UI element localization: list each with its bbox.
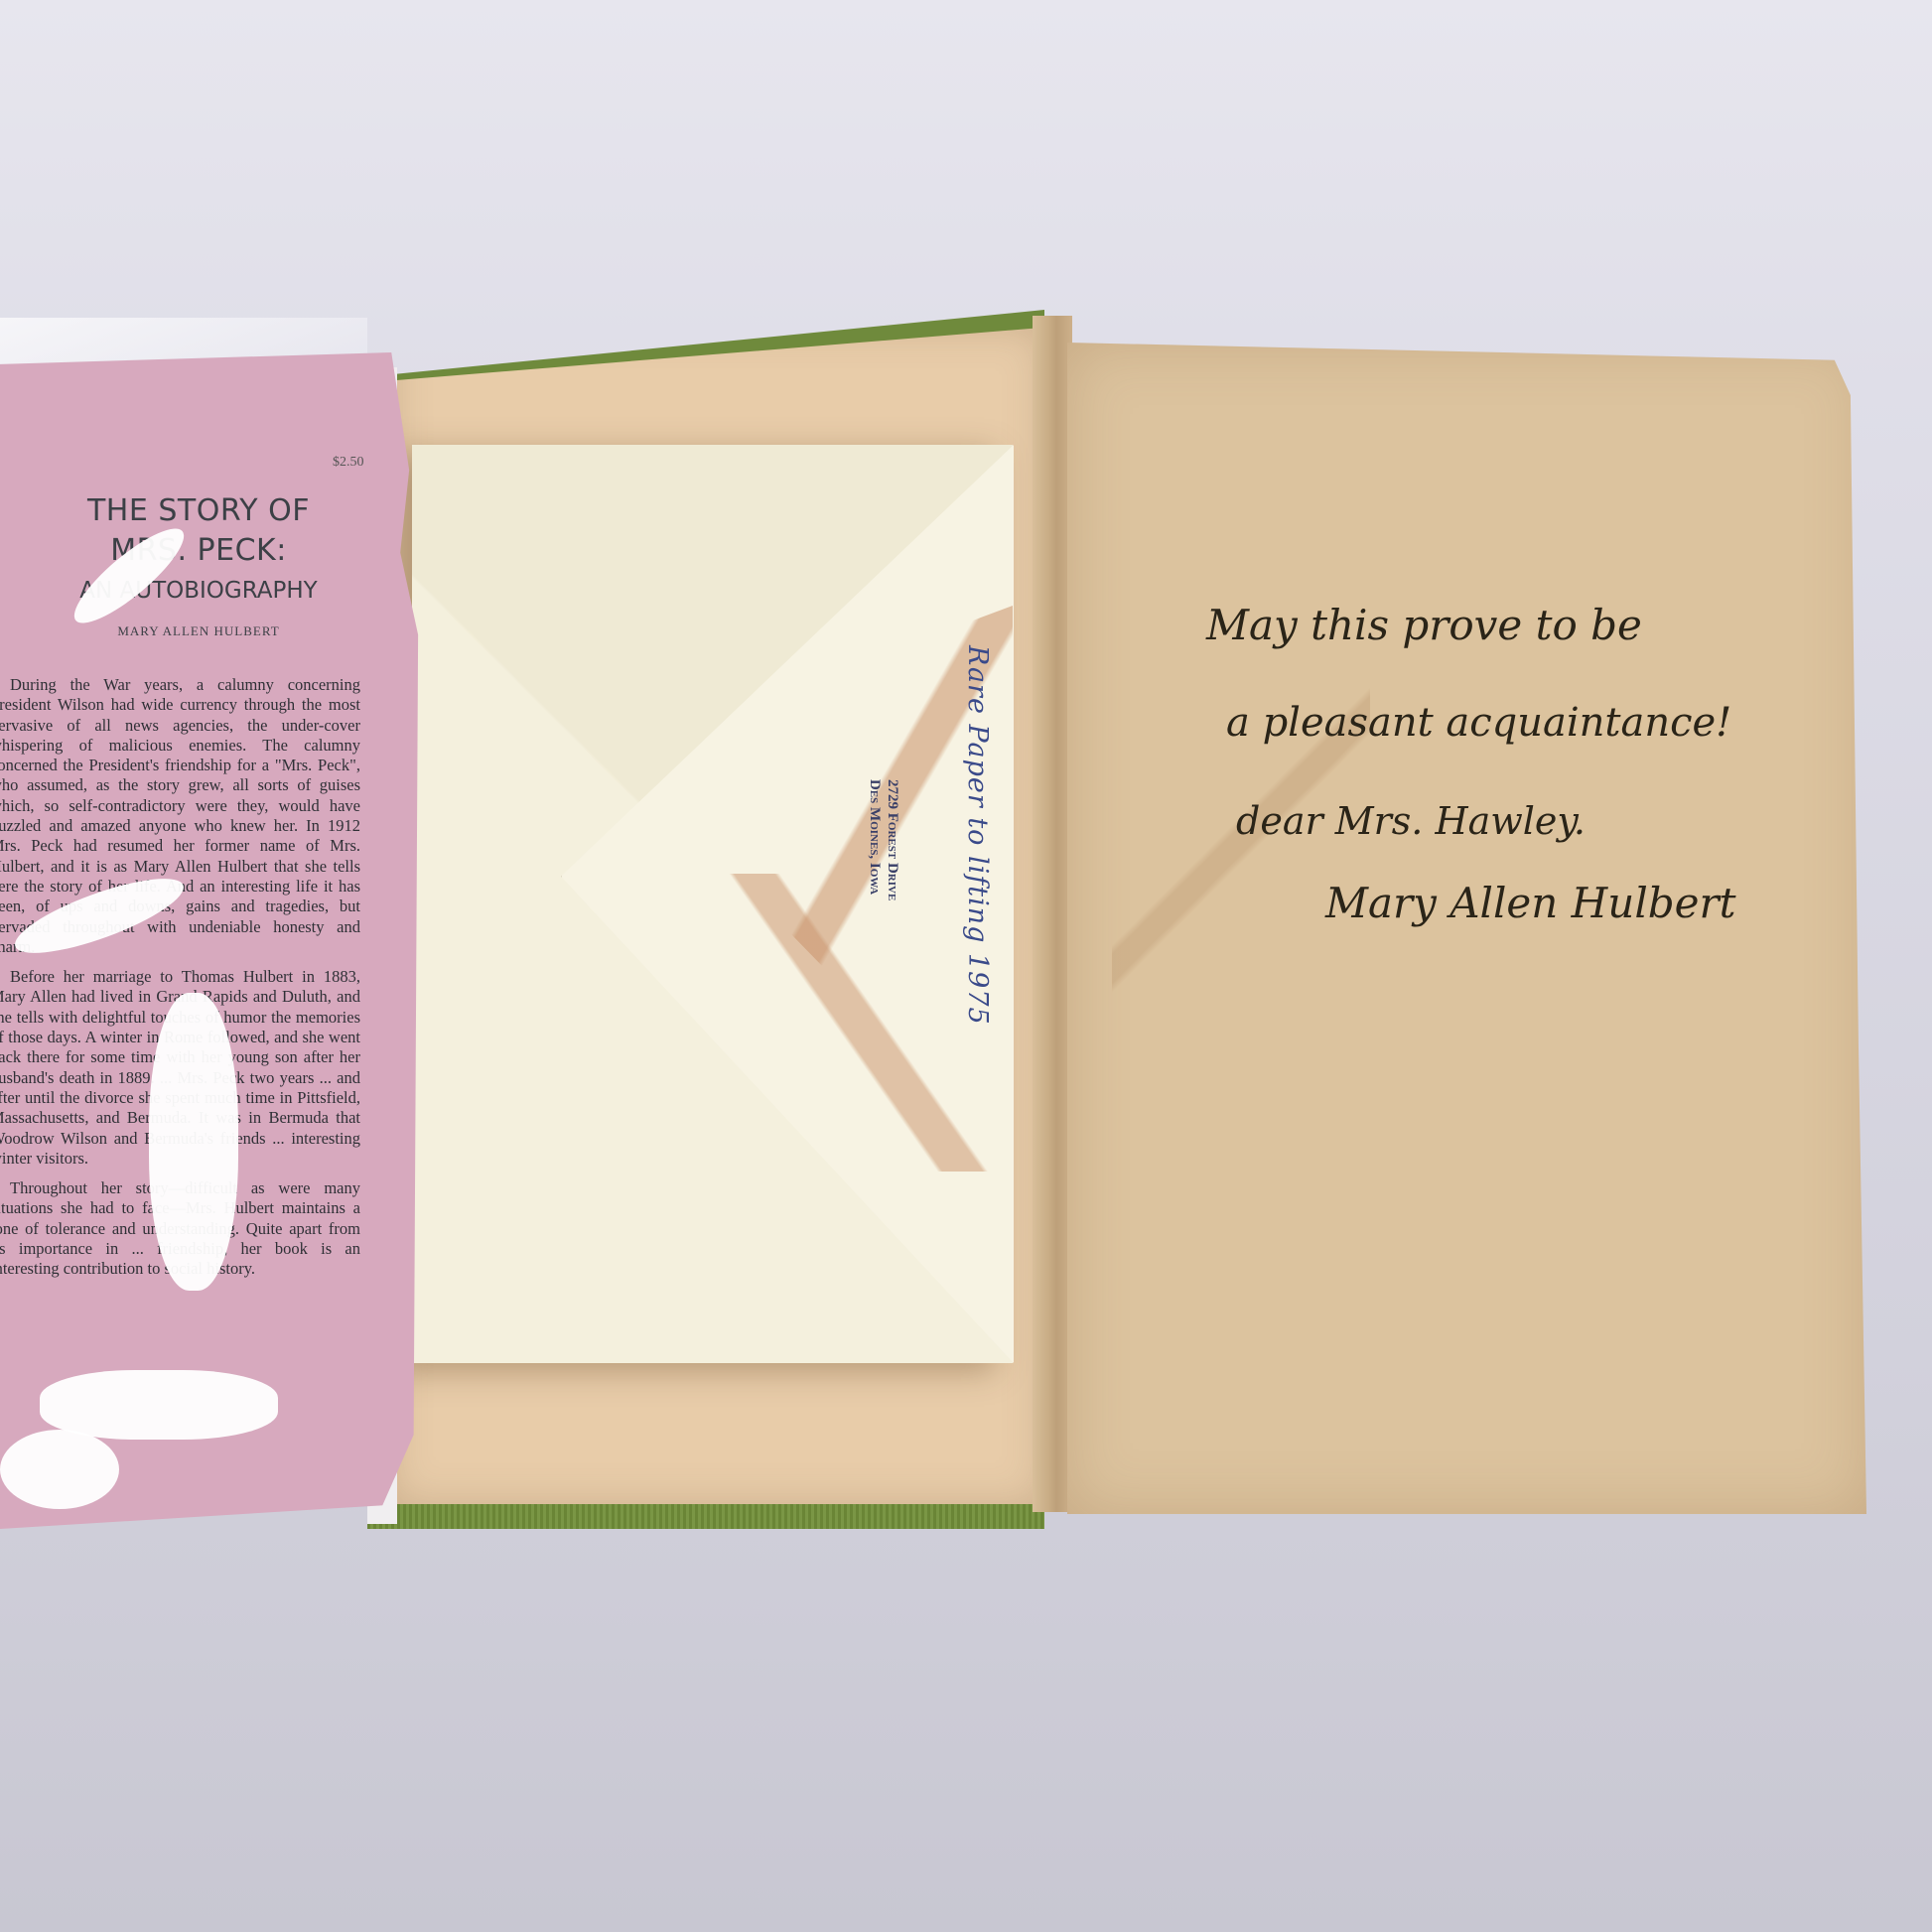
- jacket-author: MARY ALLEN HULBERT: [0, 623, 397, 639]
- glare: [40, 1370, 278, 1440]
- book-gutter: [1033, 316, 1072, 1512]
- title-line-2: MRS. PECK:: [0, 531, 397, 571]
- envelope-return-address: 2729 Forest Drive Des Moines, Iowa: [869, 779, 918, 1008]
- inscription-line: May this prove to be: [1206, 601, 1642, 649]
- address-line-2: Des Moines, Iowa: [866, 779, 883, 895]
- glare: [149, 993, 238, 1291]
- envelope-handwritten-note: Rare Paper to lifting 1975: [953, 645, 993, 1082]
- jacket-title: THE STORY OF MRS. PECK:: [0, 491, 397, 571]
- title-line-1: THE STORY OF: [0, 491, 397, 531]
- inscription-line: dear Mrs. Hawley.: [1236, 799, 1586, 843]
- signature: Mary Allen Hulbert: [1325, 879, 1735, 927]
- address-line-1: 2729 Forest Drive: [884, 779, 900, 900]
- inscription-line: a pleasant acquaintance!: [1226, 700, 1731, 746]
- note-text: Rare Paper to lifting 1975: [962, 645, 993, 685]
- jacket-subtitle: AN AUTOBIOGRAPHY: [0, 578, 397, 604]
- glare: [0, 1430, 119, 1509]
- jacket-price: $2.50: [333, 455, 364, 471]
